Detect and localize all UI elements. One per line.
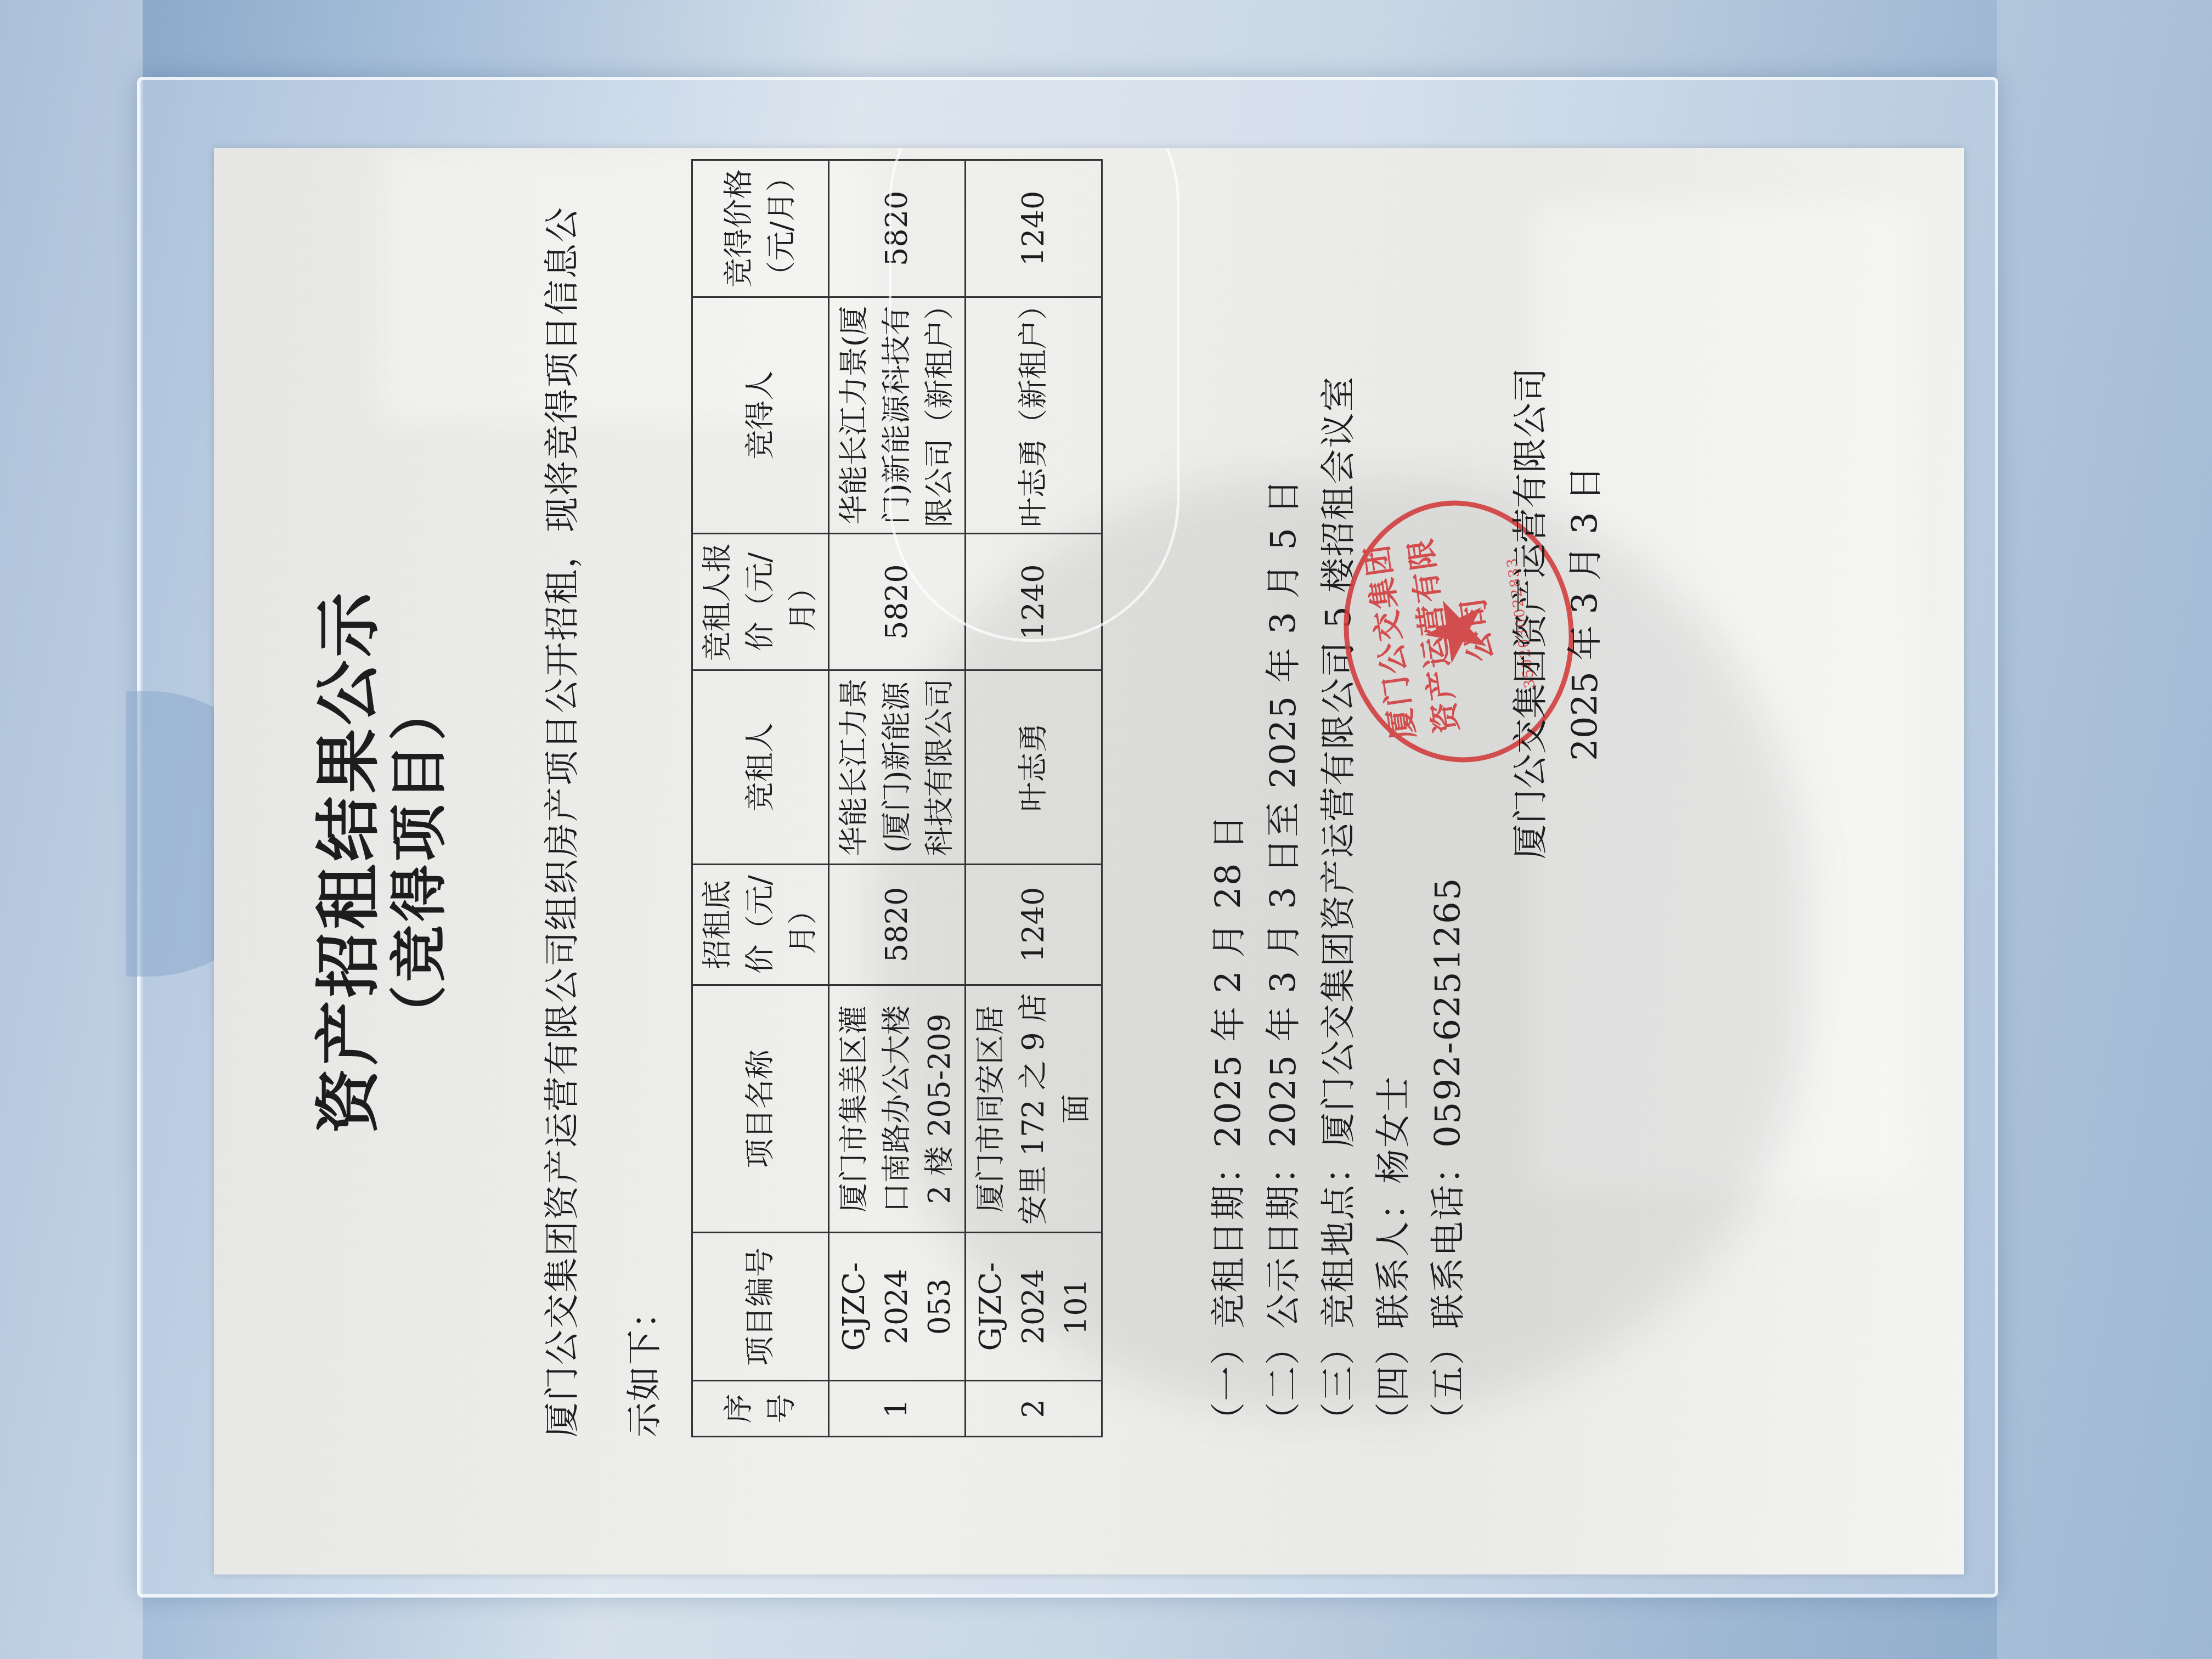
header-project-code: 项目编号 [692, 1233, 829, 1381]
cell-index: 1 [829, 1380, 966, 1436]
signature-block: 厦门公交集团资产运营有限公司 2025 年 3 月 3 日 [1503, 368, 1613, 859]
signature-date: 2025 年 3 月 3 日 [1558, 368, 1613, 859]
header-winning-price: 竞得价格（元/月） [692, 160, 829, 297]
background-window-reflection [1997, 0, 2212, 1659]
intro-paragraph: 厦门公交集团资产运营有限公司组织房产项目公开招租，现将竞得项目信息公示如下： [521, 198, 686, 1437]
star-icon: ★ [1410, 588, 1502, 673]
info-value: 厦门公交集团资产运营有限公司 5 楼招租会议室 [1318, 376, 1359, 1148]
info-publicity-date: （二）公示日期：2025 年 3 月 3 日至 2025 年 3 月 5 日 [1256, 376, 1311, 1437]
cell-project-name: 厦门市集美区灌口南路办公大楼 2 楼 205-209 [829, 985, 966, 1233]
info-label: （三）竞租地点： [1318, 1148, 1359, 1437]
table-header-row: 序号 项目编号 项目名称 招租底价（元/月） 竞租人 竞租人报价（元/月） 竞得… [692, 160, 829, 1437]
notice-paper: 资产招租结果公示 （竞得项目） 厦门公交集团资产运营有限公司组织房产项目公开招租… [214, 148, 1964, 1575]
document-subtitle: （竞得项目） [373, 148, 455, 1575]
cell-project-name: 厦门市同安区居安里 172 之 9 店面 [966, 985, 1102, 1233]
signature-company: 厦门公交集团资产运营有限公司 [1503, 368, 1558, 859]
holder-window-cutout [889, 148, 1180, 642]
info-value: 2025 年 2 月 28 日 [1209, 814, 1249, 1148]
info-label: （四）联系人： [1373, 1184, 1414, 1437]
info-label: （一）竞租日期： [1209, 1148, 1249, 1437]
cell-reserve-price: 1240 [966, 864, 1102, 985]
info-label: （五）联系电话： [1428, 1148, 1469, 1437]
header-winner: 竞得人 [692, 297, 829, 533]
cell-project-code: GJZC-2024 101 [966, 1233, 1102, 1381]
cell-index: 2 [966, 1380, 1102, 1436]
header-index: 序号 [692, 1380, 829, 1436]
document-page: 资产招租结果公示 （竞得项目） 厦门公交集团资产运营有限公司组织房产项目公开招租… [214, 148, 1964, 1575]
info-value: 0592-6251265 [1428, 877, 1469, 1148]
cell-bidder: 华能长江力景(厦门)新能源科技有限公司 [829, 670, 966, 864]
header-reserve-price: 招租底价（元/月） [692, 864, 829, 985]
info-bid-date: （一）竞租日期：2025 年 2 月 28 日 [1201, 376, 1256, 1437]
header-bid-price: 竞租人报价（元/月） [692, 533, 829, 670]
background-window-reflection [0, 0, 143, 1659]
cell-project-code: GJZC-2024 053 [829, 1233, 966, 1381]
header-bidder: 竞租人 [692, 670, 829, 864]
cell-bidder: 叶志勇 [966, 670, 1102, 864]
header-project-name: 项目名称 [692, 985, 829, 1233]
info-value: 2025 年 3 月 3 日至 2025 年 3 月 5 日 [1263, 478, 1304, 1148]
info-bid-location: （三）竞租地点：厦门公交集团资产运营有限公司 5 楼招租会议室 [1311, 376, 1366, 1437]
cell-reserve-price: 5820 [829, 864, 966, 985]
info-label: （二）公示日期： [1263, 1148, 1304, 1437]
info-value: 杨女士 [1373, 1075, 1414, 1184]
